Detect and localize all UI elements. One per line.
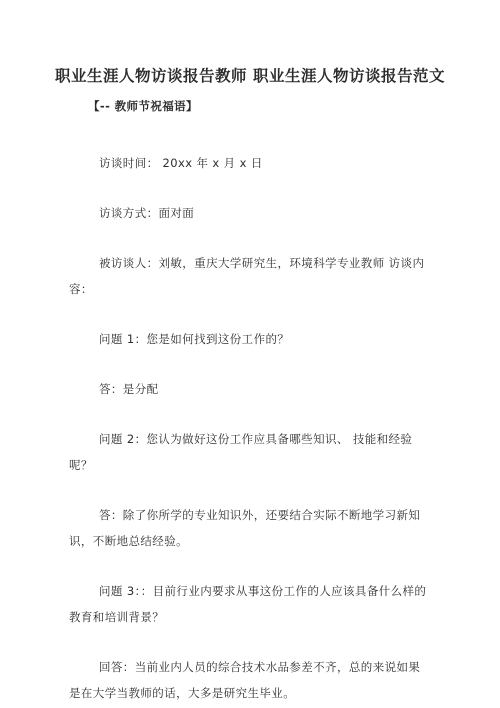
document-subtitle: 【-- 教师节祝福语】: [88, 100, 500, 113]
paragraph-answer-2: 答：除了你所学的专业知识外，还要结合实际不断地学习新知 识，不断地总结经验。: [69, 502, 431, 554]
paragraph-answer-3: 回答：当前业内人员的综合技术水品参差不齐，总的来说如果 是在大学当教师的话，大多…: [69, 654, 431, 706]
document-page: 职业生涯人物访谈报告教师 职业生涯人物访谈报告范文 【-- 教师节祝福语】 访谈…: [0, 0, 500, 708]
paragraph-answer-1: 答：是分配: [69, 376, 431, 402]
paragraph-question-3: 问题 3：：目前行业内要求从事这份工作的人应该具备什么样的 教育和培训背景？: [69, 578, 431, 630]
paragraph-interviewee: 被访谈人：刘敏，重庆大学研究生，环境科学专业教师 访谈内 容：: [69, 250, 431, 302]
document-title: 职业生涯人物访谈报告教师 职业生涯人物访谈报告范文: [26, 66, 474, 86]
paragraph-question-1: 问题 1：您是如何找到这份工作的？: [69, 326, 431, 352]
paragraph-interview-time: 访谈时间： 20xx 年 x 月 x 日: [69, 150, 431, 176]
paragraph-interview-method: 访谈方式：面对面: [69, 200, 431, 226]
paragraph-question-2: 问题 2：您认为做好这份工作应具备哪些知识、 技能和经验呢？: [69, 426, 431, 478]
document-body: 访谈时间： 20xx 年 x 月 x 日 访谈方式：面对面 被访谈人：刘敏，重庆…: [69, 150, 431, 706]
